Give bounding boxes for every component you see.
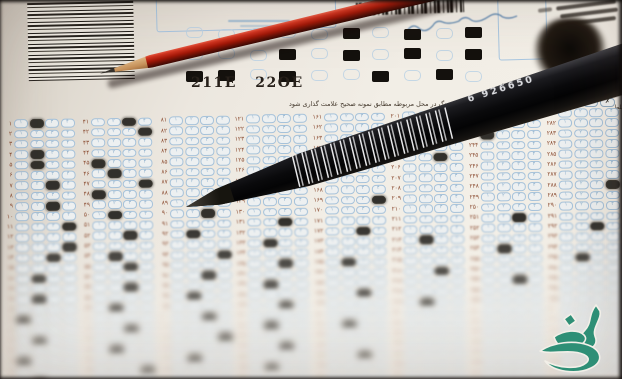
question-row: ۱۷۱۲۳۴ (1, 278, 78, 289)
question-row: ۸۵۱۲۳۴ (154, 151, 231, 162)
question-row: ۲۵۶۱۲۳۴ (467, 258, 544, 269)
question-row: ۱۰۱۲۳۴ (0, 206, 77, 217)
question-row: ۱۸۵۱۲۳۴ (312, 355, 389, 366)
question-row: ۲۹۱۱۲۳۴ (544, 205, 621, 216)
question-row: ۱۵۱۲۳۴ (1, 257, 78, 268)
question-row: ۱۷۱۱۲۳۴ (310, 210, 387, 221)
question-row: ۱۷۸۱۲۳۴ (311, 282, 388, 293)
question-row: ۴۸۱۲۳۴ (77, 183, 154, 194)
bubble: ۳ (358, 372, 372, 379)
question-row: ۱۳۵۱۲۳۴ (233, 253, 310, 264)
question-row: ۹۱۲۳۴ (0, 195, 77, 206)
question-number: ۱۴۶ (234, 375, 247, 379)
question-row: ۲۱۲۱۲۳۴ (388, 219, 465, 230)
question-column-161: ۱۶۱۱۲۳۴۱۶۲۱۲۳۴۱۶۳۱۲۳۴۱۶۴۱۲۳۴۱۶۵۱۲۳۴۱۶۶۱۲… (309, 106, 385, 107)
question-row: ۶۶۱۲۳۴ (79, 370, 156, 379)
question-row: ۱۴۲۱۲۳۴ (233, 325, 310, 336)
question-row: ۲۴۱۲۳۴ (2, 351, 79, 362)
question-row: ۱۷۵۱۲۳۴ (311, 251, 388, 262)
question-row: ۱۸۳۱۲۳۴ (312, 334, 389, 345)
question-row: ۵۳۱۲۳۴ (77, 235, 154, 246)
question-row: ۹۲۱۲۳۴ (155, 223, 232, 234)
question-row: ۲۱۷۱۲۳۴ (389, 270, 466, 281)
question-row: ۱۰۳۱۲۳۴ (157, 337, 234, 348)
question-column-1: ۱۱۲۳۴۲۱۲۳۴۳۱۲۳۴۴۱۲۳۴۵۱۲۳۴۶۱۲۳۴۷۱۲۳۴۸۱۲۳۴… (0, 113, 75, 114)
question-row: ۳۱۲۳۴ (0, 133, 76, 144)
photo-answer-sheet: 211E 22OE با مداد نرم و پررنگ در محل مرب… (0, 0, 622, 379)
question-column-41: ۴۱۱۲۳۴۴۲۱۲۳۴۴۳۱۲۳۴۴۴۱۲۳۴۴۵۱۲۳۴۴۶۱۲۳۴۴۷۱۲… (76, 111, 152, 112)
question-row: ۱۲۲۱۲۳۴ (231, 118, 308, 129)
question-row: ۱۸۴۱۲۳۴ (312, 344, 389, 355)
question-row: ۱۷۹۱۲۳۴ (311, 293, 388, 304)
question-row: ۶۴۱۲۳۴ (79, 349, 156, 360)
question-row: ۴۱۲۳۴ (0, 144, 76, 155)
question-row: ۱۶۱۱۲۳۴ (309, 106, 386, 117)
question-row: ۵۹۱۲۳۴ (78, 297, 155, 308)
question-row: ۱۰۵۱۲۳۴ (157, 358, 234, 369)
question-row: ۱۴۰۱۲۳۴ (233, 305, 310, 316)
question-row: ۵۰۱۲۳۴ (77, 204, 154, 215)
bubble: ۱ (249, 373, 263, 379)
question-row: ۱۸۰۱۲۳۴ (311, 303, 388, 314)
bubble: ۴ (219, 374, 233, 379)
question-row: ۲۹۶۱۲۳۴ (545, 257, 622, 268)
bubble: ۱ (483, 369, 497, 378)
bubble: ۳ (514, 368, 528, 377)
question-row: ۱۴۱۲۳۴ (1, 247, 78, 258)
question-row: ۲۵۲۱۲۳۴ (466, 217, 543, 228)
question-row: ۴۵۱۲۳۴ (76, 152, 153, 163)
question-row: ۲۴۶۱۲۳۴ (465, 155, 542, 166)
bubble: ۱ (172, 375, 186, 379)
question-row: ۲۵۷۱۲۳۴ (467, 269, 544, 280)
question-row: ۹۶۱۲۳۴ (156, 265, 233, 276)
question-row: ۹۴۱۲۳۴ (155, 244, 232, 255)
question-row: ۵۱۱۲۳۴ (77, 214, 154, 225)
question-row: ۲۰۸۱۲۳۴ (388, 177, 465, 188)
question-row: ۱۱۲۳۴ (0, 113, 76, 124)
question-row: ۲۱۵۱۲۳۴ (389, 250, 466, 261)
question-row: ۶۵۱۲۳۴ (79, 359, 156, 370)
question-row: ۲۲۱۲۳۴ (2, 330, 79, 341)
question-row: ۶۲۱۲۳۴ (79, 328, 156, 339)
answer-grid: ۱۱۲۳۴۲۱۲۳۴۳۱۲۳۴۴۱۲۳۴۵۱۲۳۴۶۱۲۳۴۷۱۲۳۴۸۱۲۳۴… (0, 0, 622, 379)
question-row: ۱۴۵۱۲۳۴ (234, 356, 311, 367)
bubble: ۳ (203, 375, 217, 379)
question-row: ۴۹۱۲۳۴ (77, 194, 154, 205)
question-row: ۱۳۰۱۲۳۴ (232, 201, 309, 212)
question-row: ۱۴۶۱۲۳۴ (234, 367, 311, 378)
question-row: ۲۸۳۱۲۳۴ (543, 122, 620, 133)
question-row: ۱۶۲۱۲۳۴ (309, 117, 386, 128)
question-row: ۲۲۲۱۲۳۴ (389, 322, 466, 333)
bubble: ۴ (296, 373, 310, 379)
question-row: ۸۶۱۲۳۴ (154, 161, 231, 172)
question-row: ۷۱۲۳۴ (0, 175, 77, 186)
question-row: ۲۵۱۲۳۴ (2, 361, 79, 372)
question-row: ۱۳۳۱۲۳۴ (232, 232, 309, 243)
question-row: ۲۰۷۱۲۳۴ (388, 167, 465, 178)
question-row: ۹۷۱۲۳۴ (156, 275, 233, 286)
bubble: ۲ (499, 369, 513, 378)
question-column-81: ۸۱۱۲۳۴۸۲۱۲۳۴۸۳۱۲۳۴۸۴۱۲۳۴۸۵۱۲۳۴۸۶۱۲۳۴۸۷۱۲… (154, 109, 230, 110)
question-row: ۲۵۵۱۲۳۴ (467, 248, 544, 259)
question-row: ۸۷۱۲۳۴ (155, 172, 232, 183)
question-row: ۲۳۱۲۳۴ (2, 340, 79, 351)
question-row: ۹۸۱۲۳۴ (156, 285, 233, 296)
question-row: ۲۵۰۱۲۳۴ (466, 196, 543, 207)
question-row: ۱۸۲۱۲۳۴ (311, 324, 388, 335)
question-row: ۹۱۱۲۳۴ (155, 213, 232, 224)
question-row: ۱۶۹۱۲۳۴ (310, 189, 387, 200)
question-row: ۲۹۰۱۲۳۴ (544, 195, 621, 206)
question-row: ۲۲۱۱۲۳۴ (389, 312, 466, 323)
question-row: ۴۷۱۲۳۴ (77, 173, 154, 184)
question-row: ۲۸۴۱۲۳۴ (543, 133, 620, 144)
question-row: ۴۳۱۲۳۴ (76, 132, 153, 143)
question-row: ۵۵۱۲۳۴ (78, 256, 155, 267)
question-row: ۱۲۱۱۲۳۴ (231, 108, 308, 119)
question-row: ۲۸۸۱۲۳۴ (544, 174, 621, 185)
question-row: ۵۱۲۳۴ (0, 154, 76, 165)
bubble: ۲ (421, 370, 435, 379)
question-row: ۱۶۱۲۳۴ (1, 268, 78, 279)
question-row: ۱۷۳۱۲۳۴ (310, 231, 387, 242)
question-row: ۲۸۶۱۲۳۴ (543, 153, 620, 164)
question-row: ۱۳۹۱۲۳۴ (233, 294, 310, 305)
question-row: ۵۴۱۲۳۴ (77, 246, 154, 257)
bubble: ۱ (327, 372, 341, 379)
question-row: ۶۰۱۲۳۴ (78, 308, 155, 319)
bubble: ۲ (188, 375, 202, 379)
question-row: ۱۳۱۲۳۴ (0, 237, 77, 248)
question-row: ۴۲۱۲۳۴ (76, 121, 153, 132)
question-row: ۶۱۱۲۳۴ (78, 318, 155, 329)
question-row: ۱۴۱۱۲۳۴ (233, 315, 310, 326)
question-row: ۵۷۱۲۳۴ (78, 277, 155, 288)
question-row: ۵۲۱۲۳۴ (77, 225, 154, 236)
question-row: ۲۱۹۱۲۳۴ (389, 291, 466, 302)
question-row: ۲۹۲۱۲۳۴ (544, 216, 621, 227)
question-row: ۲۱۱۲۳۴ (1, 320, 78, 331)
question-row: ۲۹۳۱۲۳۴ (544, 226, 621, 237)
question-row: ۱۷۰۱۲۳۴ (310, 199, 387, 210)
question-row: ۲۱۴۱۲۳۴ (388, 239, 465, 250)
question-row: ۲۲۴۱۲۳۴ (390, 343, 467, 354)
question-row: ۱۳۸۱۲۳۴ (233, 284, 310, 295)
question-row: ۱۷۶۱۲۳۴ (311, 262, 388, 273)
question-row: ۹۵۱۲۳۴ (156, 254, 233, 265)
question-row: ۴۴۱۲۳۴ (76, 142, 153, 153)
question-row: ۲۸۷۱۲۳۴ (544, 164, 621, 175)
question-row: ۱۸۱۱۲۳۴ (311, 313, 388, 324)
question-row: ۲۵۹۱۲۳۴ (467, 290, 544, 301)
question-row: ۲۹۷۱۲۳۴ (545, 267, 622, 278)
bubble: ۱ (405, 370, 419, 379)
question-row: ۱۸۶۱۲۳۴ (312, 365, 389, 376)
question-row: ۸۴۱۲۳۴ (154, 140, 231, 151)
question-row: ۲۶۱۲۳۴ (2, 371, 79, 379)
question-row: ۱۰۱۱۲۳۴ (156, 316, 233, 327)
bubble: ۲ (265, 373, 279, 379)
question-row: ۱۰۰۱۲۳۴ (156, 306, 233, 317)
news-agency-watermark-logo (532, 303, 622, 379)
question-row: ۲۱۳۱۲۳۴ (388, 229, 465, 240)
question-row: ۲۰۱۲۳۴ (1, 309, 78, 320)
bubble: ۳ (280, 373, 294, 379)
question-row: ۱۰۶۱۲۳۴ (157, 368, 234, 379)
question-row: ۱۹۱۲۳۴ (1, 299, 78, 310)
question-row: ۱۷۲۱۲۳۴ (310, 220, 387, 231)
question-row: ۲۲۵۱۲۳۴ (390, 353, 467, 364)
bubble: ۴ (374, 371, 388, 379)
question-row: ۱۳۲۱۲۳۴ (232, 222, 309, 233)
question-row: ۲۴۵۱۲۳۴ (465, 145, 542, 156)
question-row: ۶۳۱۲۳۴ (79, 339, 156, 350)
question-row: ۸۳۱۲۳۴ (154, 130, 231, 141)
question-row: ۱۱۱۲۳۴ (0, 216, 77, 227)
question-number: ۱۸۶ (312, 373, 325, 379)
question-row: ۹۳۱۲۳۴ (155, 234, 232, 245)
question-row: ۱۳۱۱۲۳۴ (232, 211, 309, 222)
question-row: ۱۰۴۱۲۳۴ (157, 347, 234, 358)
question-number: ۲۶۶ (468, 370, 481, 376)
question-row: ۲۸۵۱۲۳۴ (543, 143, 620, 154)
question-row: ۲۱۱۱۲۳۴ (388, 208, 465, 219)
question-row: ۱۲۴۱۲۳۴ (231, 139, 308, 150)
question-row: ۱۷۴۱۲۳۴ (310, 241, 387, 252)
question-row: ۲۱۰۱۲۳۴ (388, 198, 465, 209)
question-row: ۲۹۴۱۲۳۴ (544, 236, 621, 247)
question-row: ۲۰۹۱۲۳۴ (388, 188, 465, 199)
question-row: ۸۱۱۲۳۴ (154, 109, 231, 120)
question-row: ۲۴۸۱۲۳۴ (466, 176, 543, 187)
question-row: ۲۱۶۱۲۳۴ (389, 260, 466, 271)
question-row: ۲۵۱۱۲۳۴ (466, 207, 543, 218)
question-row: ۲۲۶۱۲۳۴ (390, 364, 467, 375)
question-row: ۲۱۸۱۲۳۴ (389, 281, 466, 292)
question-row: ۱۰۲۱۲۳۴ (156, 327, 233, 338)
question-row: ۵۶۱۲۳۴ (78, 266, 155, 277)
question-row: ۱۲۱۲۳۴ (0, 226, 77, 237)
question-row: ۲۹۸۱۲۳۴ (545, 278, 622, 289)
question-row: ۲۵۴۱۲۳۴ (466, 238, 543, 249)
question-row: ۱۴۴۱۲۳۴ (234, 346, 311, 357)
question-row: ۱۲۳۱۲۳۴ (231, 129, 308, 140)
question-row: ۲۵۸۱۲۳۴ (467, 279, 544, 290)
question-row: ۲۹۹۱۲۳۴ (545, 288, 622, 299)
question-row: ۱۴۳۱۲۳۴ (234, 336, 311, 347)
question-row: ۸۱۲۳۴ (0, 185, 77, 196)
question-row: ۱۳۴۱۲۳۴ (232, 242, 309, 253)
question-row: ۲۴۹۱۲۳۴ (466, 186, 543, 197)
question-row: ۴۶۱۲۳۴ (76, 163, 153, 174)
question-row: ۱۸۱۲۳۴ (1, 288, 78, 299)
question-row: ۶۱۲۳۴ (0, 164, 77, 175)
bubble: ۴ (452, 370, 466, 379)
question-row: ۵۸۱۲۳۴ (78, 287, 155, 298)
question-row: ۱۳۷۱۲۳۴ (233, 273, 310, 284)
question-row: ۲۹۵۱۲۳۴ (545, 247, 622, 258)
question-row: ۹۹۱۲۳۴ (156, 296, 233, 307)
question-row: ۲۵۳۱۲۳۴ (466, 227, 543, 238)
question-row: ۲۱۲۳۴ (0, 123, 76, 134)
question-number: ۲۲۶ (390, 372, 403, 378)
question-row: ۱۷۷۱۲۳۴ (311, 272, 388, 283)
bubble: ۳ (436, 370, 450, 379)
question-column-121: ۱۲۱۱۲۳۴۱۲۲۱۲۳۴۱۲۳۱۲۳۴۱۲۴۱۲۳۴۱۲۵۱۲۳۴۱۲۶۱۲… (231, 108, 307, 109)
question-row: ۱۳۶۱۲۳۴ (233, 263, 310, 274)
question-row: ۲۲۳۱۲۳۴ (390, 332, 467, 343)
question-row: ۲۲۰۱۲۳۴ (389, 301, 466, 312)
question-row: ۲۸۹۱۲۳۴ (544, 184, 621, 195)
question-row: ۴۱۱۲۳۴ (76, 111, 153, 122)
question-row: ۲۴۷۱۲۳۴ (466, 165, 543, 176)
question-row: ۸۲۱۲۳۴ (154, 120, 231, 131)
bubble: ۲ (343, 372, 357, 379)
